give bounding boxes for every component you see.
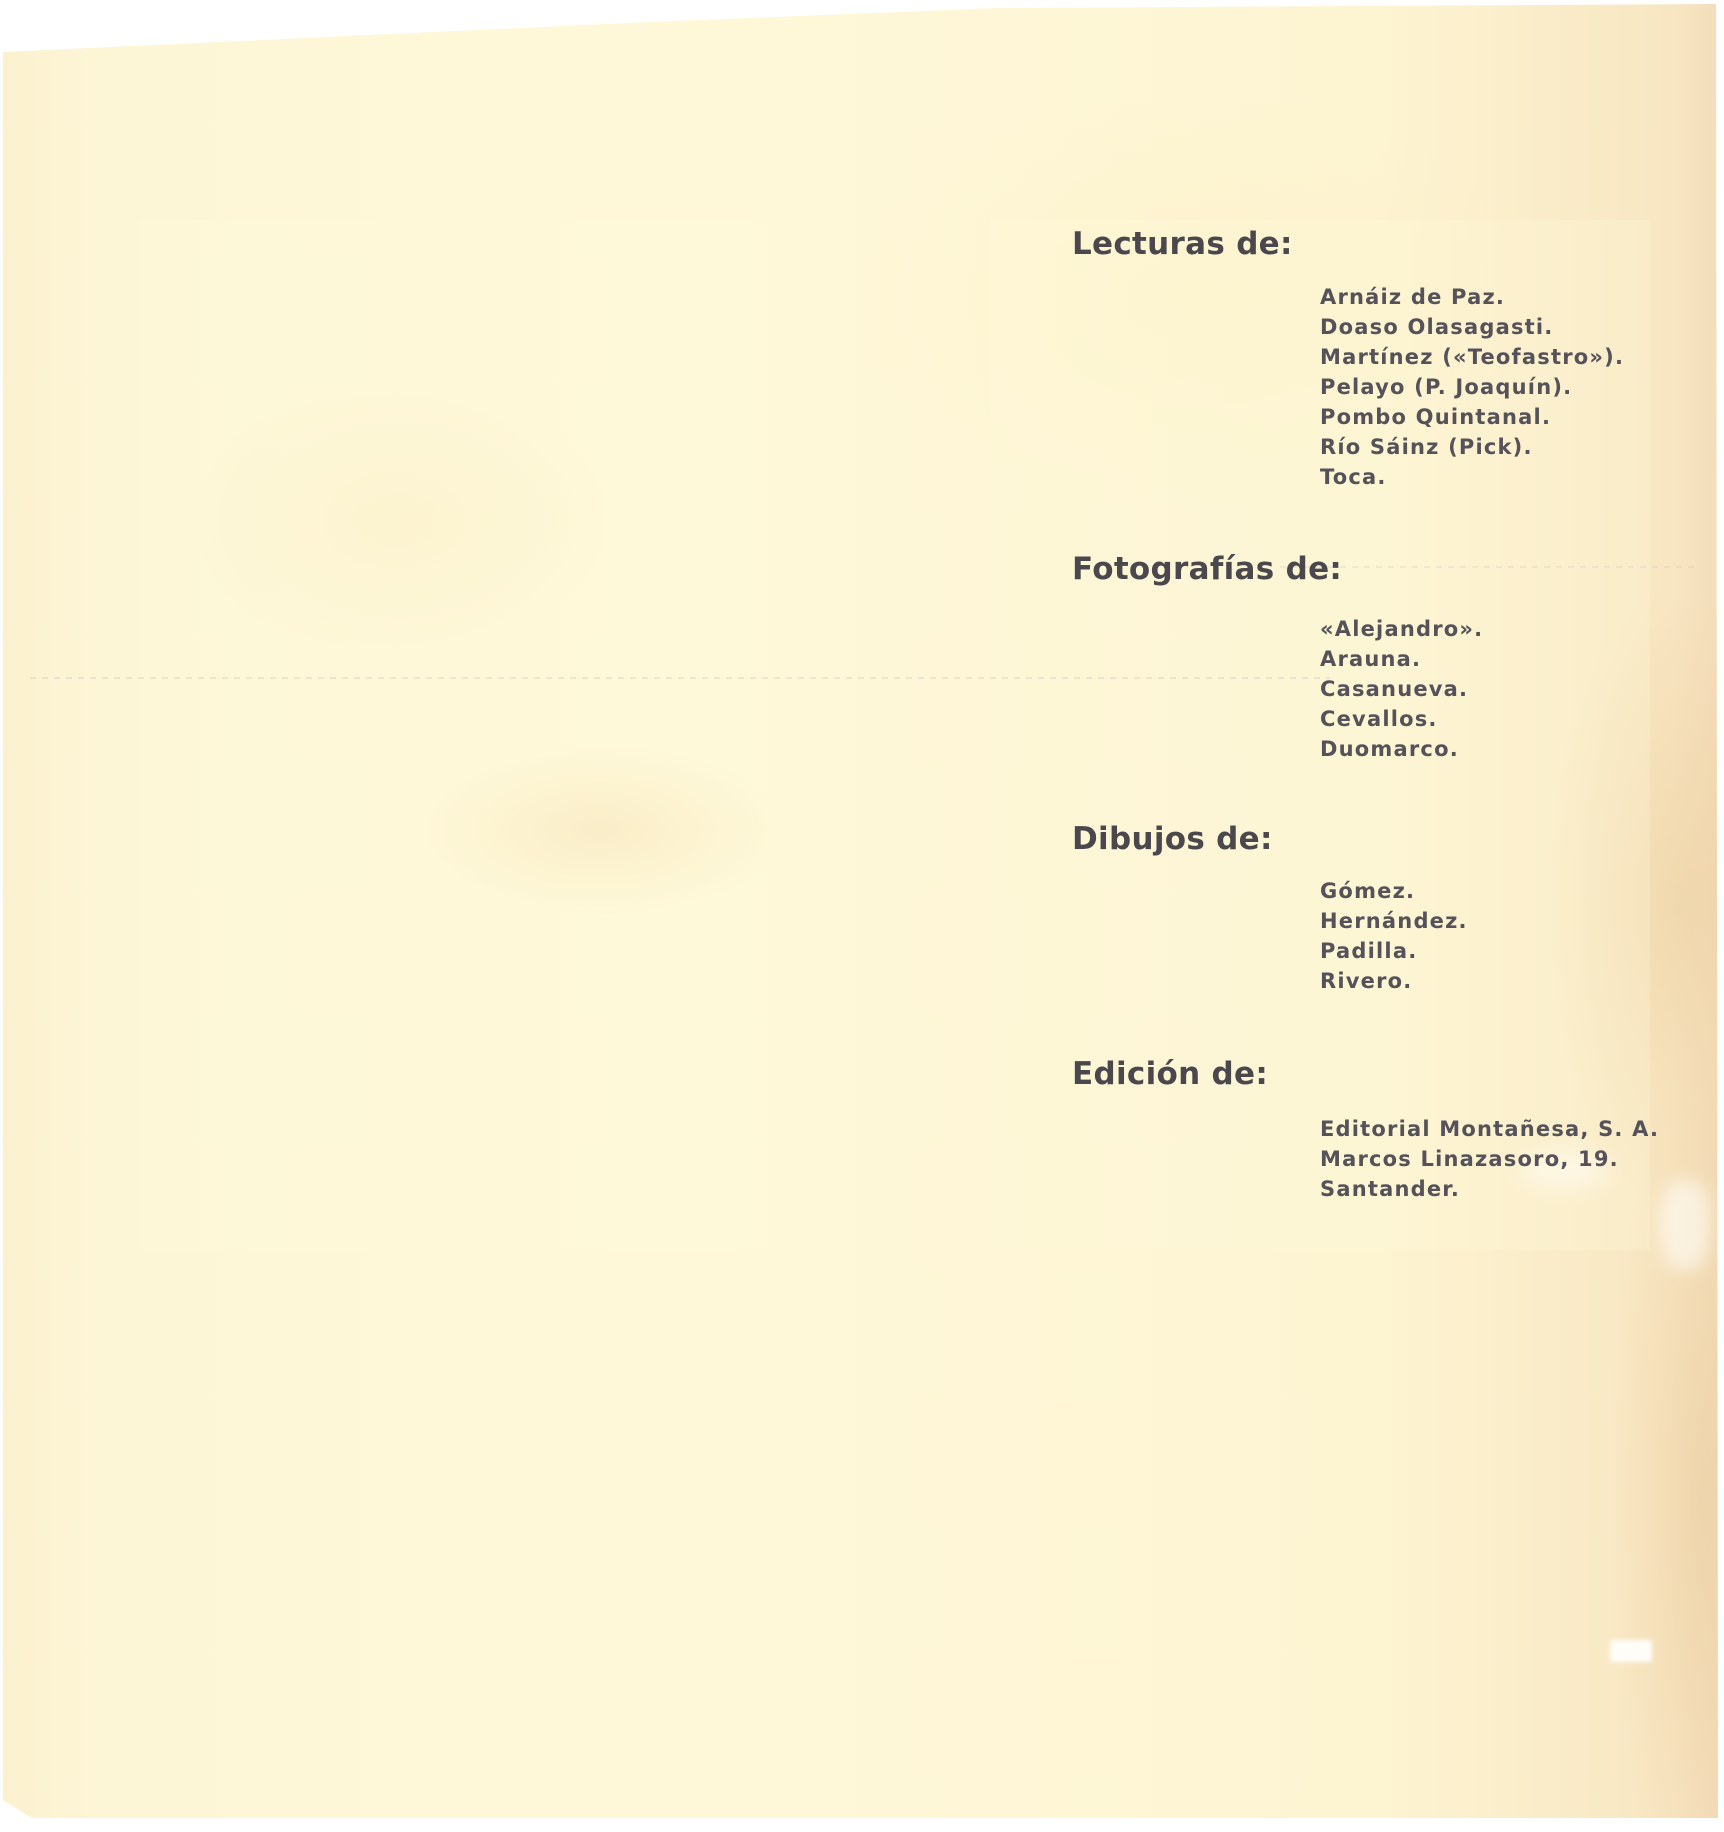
section-fotografias: Fotografías de: «Alejandro». Arauna. Cas…: [1072, 551, 1712, 587]
list-item: Hernández.: [1320, 906, 1468, 936]
list-item: «Alejandro».: [1320, 614, 1483, 644]
section-dibujos: Dibujos de: Gómez. Hernández. Padilla. R…: [1072, 821, 1712, 857]
list-item: Rivero.: [1320, 966, 1468, 996]
credits-block: Lecturas de: Arnáiz de Paz. Doaso Olasag…: [0, 0, 1724, 1832]
list-item: Doaso Olasagasti.: [1320, 312, 1624, 342]
name-list: Gómez. Hernández. Padilla. Rivero.: [1320, 876, 1468, 996]
section-heading: Lecturas de:: [1072, 226, 1712, 262]
publisher-name: Editorial Montañesa, S. A.: [1320, 1114, 1659, 1144]
publisher-street: Marcos Linazasoro, 19.: [1320, 1144, 1659, 1174]
section-heading: Fotografías de:: [1072, 551, 1712, 587]
list-item: Pombo Quintanal.: [1320, 402, 1624, 432]
section-heading: Edición de:: [1072, 1056, 1712, 1092]
list-item: Pelayo (P. Joaquín).: [1320, 372, 1624, 402]
name-list: Arnáiz de Paz. Doaso Olasagasti. Martíne…: [1320, 282, 1624, 492]
section-heading: Dibujos de:: [1072, 821, 1712, 857]
list-item: Casanueva.: [1320, 674, 1483, 704]
list-item: Padilla.: [1320, 936, 1468, 966]
list-item: Gómez.: [1320, 876, 1468, 906]
list-item: Río Sáinz (Pick).: [1320, 432, 1624, 462]
list-item: Cevallos.: [1320, 704, 1483, 734]
section-lecturas: Lecturas de: Arnáiz de Paz. Doaso Olasag…: [1072, 226, 1712, 262]
publisher-city: Santander.: [1320, 1174, 1659, 1204]
list-item: Martínez («Teofastro»).: [1320, 342, 1624, 372]
list-item: Toca.: [1320, 462, 1624, 492]
publisher-address: Editorial Montañesa, S. A. Marcos Linaza…: [1320, 1114, 1659, 1204]
section-edicion: Edición de: Editorial Montañesa, S. A. M…: [1072, 1056, 1712, 1092]
name-list: «Alejandro». Arauna. Casanueva. Cevallos…: [1320, 614, 1483, 764]
list-item: Arauna.: [1320, 644, 1483, 674]
list-item: Duomarco.: [1320, 734, 1483, 764]
list-item: Arnáiz de Paz.: [1320, 282, 1624, 312]
